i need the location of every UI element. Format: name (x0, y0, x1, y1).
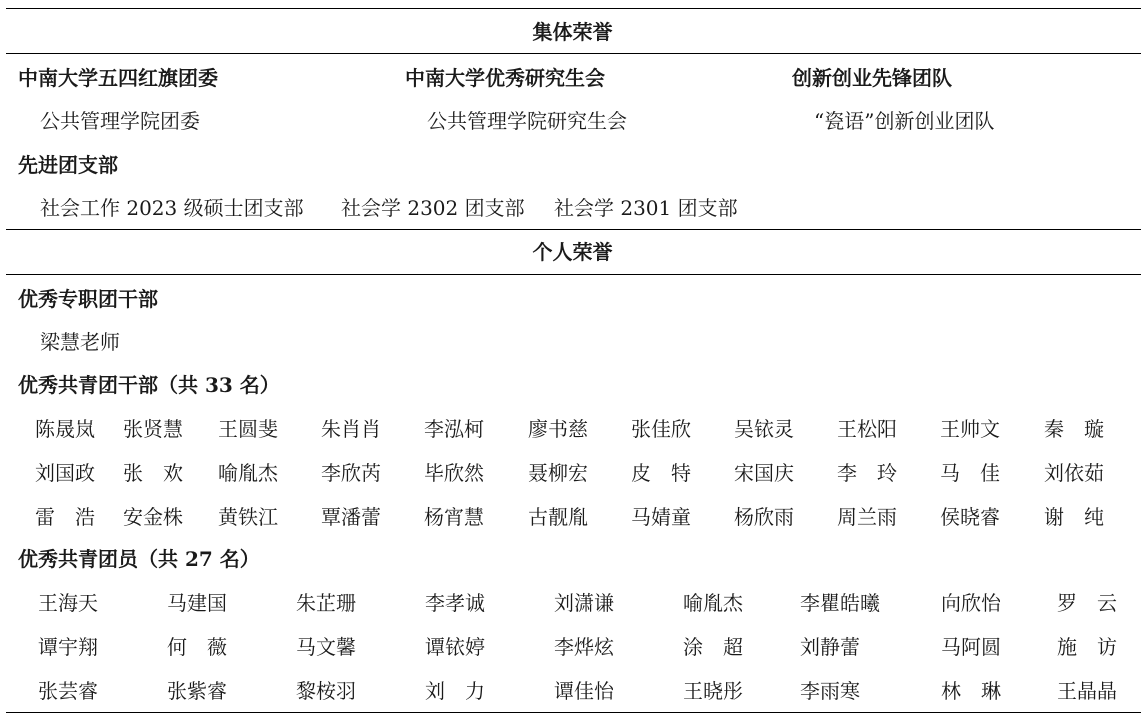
person-name: 秦 璇 (1044, 417, 1104, 441)
person-name: 罗 云 (1057, 591, 1117, 615)
person-name: 张佳欣 (631, 417, 691, 441)
person-name: 喻胤杰 (218, 461, 278, 485)
person-name: 朱肖肖 (321, 417, 381, 441)
group-heading: 中南大学优秀研究生会 (405, 66, 605, 90)
person-name: 谭宇翔 (38, 635, 98, 659)
person-name: 李泓柯 (424, 417, 484, 441)
person-name: 安金株 (123, 505, 183, 529)
section-rule (6, 229, 1141, 230)
branches-heading: 先进团支部 (18, 153, 118, 177)
header-rule (6, 53, 1141, 54)
group-value: 公共管理学院研究生会 (427, 109, 627, 133)
fulltime-value: 梁慧老师 (40, 330, 120, 354)
person-name: 毕欣然 (424, 461, 484, 485)
person-name: 刘 力 (425, 679, 485, 703)
person-name: 张 欢 (123, 461, 183, 485)
person-name: 王松阳 (837, 417, 897, 441)
person-name: 刘潇谦 (554, 591, 614, 615)
person-name: 谭佳怡 (554, 679, 614, 703)
person-name: 李雨寒 (800, 679, 860, 703)
person-name: 何 薇 (167, 635, 227, 659)
person-name: 陈晟岚 (35, 417, 95, 441)
group-value: “瓷语”创新创业团队 (814, 109, 994, 133)
person-name: 马婧童 (631, 505, 691, 529)
group-heading: 中南大学五四红旗团委 (18, 66, 218, 90)
section-header-rule (6, 274, 1141, 275)
person-name: 王海天 (38, 591, 98, 615)
person-name: 刘静蕾 (800, 635, 860, 659)
person-name: 张紫睿 (167, 679, 227, 703)
individual-title: 个人荣誉 (0, 240, 1145, 264)
top-rule (6, 8, 1141, 9)
person-name: 廖书慈 (528, 417, 588, 441)
person-name: 刘依茹 (1044, 461, 1104, 485)
person-name: 马 佳 (940, 461, 1000, 485)
person-name: 马文馨 (296, 635, 356, 659)
person-name: 雷 浩 (35, 505, 95, 529)
person-name: 杨宵慧 (424, 505, 484, 529)
person-name: 皮 特 (631, 461, 691, 485)
person-name: 张芸睿 (38, 679, 98, 703)
person-name: 李欣芮 (321, 461, 381, 485)
person-name: 李孝诚 (425, 591, 485, 615)
person-name: 黄铁江 (218, 505, 278, 529)
person-name: 宋国庆 (734, 461, 794, 485)
group-value: 公共管理学院团委 (40, 109, 200, 133)
branch-item: 社会工作 2023 级硕士团支部 (40, 196, 304, 220)
cadres-heading: 优秀共青团干部（共 33 名） (18, 373, 280, 397)
person-name: 吴铱灵 (734, 417, 794, 441)
person-name: 杨欣雨 (734, 505, 794, 529)
collective-title: 集体荣誉 (0, 20, 1145, 44)
branch-item: 社会学 2302 团支部 (341, 196, 525, 220)
person-name: 覃潘蕾 (321, 505, 381, 529)
person-name: 侯晓睿 (940, 505, 1000, 529)
person-name: 刘国政 (35, 461, 95, 485)
person-name: 张贤慧 (123, 417, 183, 441)
person-name: 李烨炫 (554, 635, 614, 659)
person-name: 涂 超 (683, 635, 743, 659)
person-name: 王圆斐 (218, 417, 278, 441)
bottom-rule (6, 712, 1141, 713)
person-name: 林 琳 (941, 679, 1001, 703)
person-name: 施 访 (1057, 635, 1117, 659)
person-name: 谢 纯 (1044, 505, 1104, 529)
person-name: 喻胤杰 (683, 591, 743, 615)
person-name: 黎桉羽 (296, 679, 356, 703)
person-name: 李瞿皓曦 (800, 591, 880, 615)
person-name: 马阿圆 (941, 635, 1001, 659)
person-name: 谭铱婷 (425, 635, 485, 659)
person-name: 朱芷珊 (296, 591, 356, 615)
person-name: 周兰雨 (837, 505, 897, 529)
person-name: 聂柳宏 (528, 461, 588, 485)
person-name: 王晶晶 (1057, 679, 1117, 703)
person-name: 李 玲 (837, 461, 897, 485)
person-name: 古靓胤 (528, 505, 588, 529)
fulltime-heading: 优秀专职团干部 (18, 287, 158, 311)
person-name: 王晓彤 (683, 679, 743, 703)
person-name: 马建国 (167, 591, 227, 615)
person-name: 王帅文 (940, 417, 1000, 441)
person-name: 向欣怡 (941, 591, 1001, 615)
branch-item: 社会学 2301 团支部 (554, 196, 738, 220)
members-heading: 优秀共青团员（共 27 名） (18, 547, 260, 571)
group-heading: 创新创业先锋团队 (792, 66, 952, 90)
